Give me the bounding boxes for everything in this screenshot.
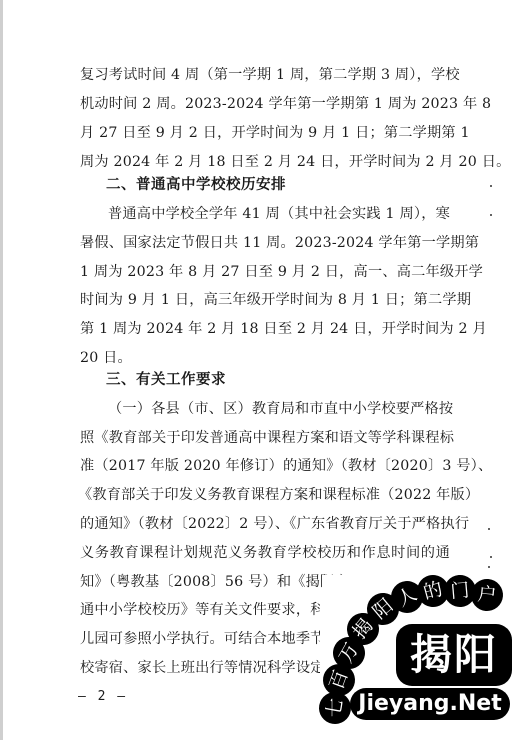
paragraph-line: 义务教育课程计划规范义务教育学校校历和作息时间的通 [80,543,450,563]
paragraph-line: 1 周为 2023 年 8 月 27 日至 9 月 2 日，高一、高二年级开学 [80,262,450,282]
paragraph-line: 周为 2024 年 2 月 18 日至 2 月 24 日，开学时间为 2 月 2… [80,152,450,172]
section-heading-3: 三、有关工作要求 [106,370,226,390]
paragraph-line: 准（2017 年版 2020 年修订）的通知》（教材〔2020〕3 号）、 [80,456,450,476]
paragraph-line: 暑假、国家法定节假日共 11 周。2023-2024 学年第一学期第 [80,233,450,253]
paragraph-line: （一）各县（市、区）教育局和市直中小学校要严格按 [108,399,450,419]
scan-speck [488,566,490,568]
paragraph-line: 的通知》（教材〔2022〕2 号）、《广东省教育厅关于严格执行 [80,514,450,534]
paragraph-line: 机动时间 2 周。2023-2024 学年第一学期第 1 周为 2023 年 8 [80,94,450,114]
paragraph-line: 复习考试时间 4 周（第一学期 1 周，第二学期 3 周），学校 [80,65,450,85]
paragraph-line: 照《教育部关于印发普通高中课程方案和语文等学科课程标 [80,428,450,448]
paragraph-line: 通中小学校校历》等有关文件要求，科 [80,600,320,620]
paragraph-line: 20 日。 [80,348,450,368]
paragraph-line: 《教育部关于印发义务教育课程方案和课程标准（2022 年版） [78,485,456,505]
paragraph-line: 时间为 9 月 1 日，高三年级开学时间为 8 月 1 日；第二学期 [80,290,450,310]
document-page: 复习考试时间 4 周（第一学期 1 周，第二学期 3 周），学校 机动时间 2 … [0,0,529,740]
page-number: — 2 — [78,689,127,704]
paragraph-line: 普通高中学校全学年 41 周（其中社会实践 1 周），寒 [108,204,450,224]
paragraph-line: 知》（粤教基〔2008〕56 号）和《揭阳市 2023-2024 学年普 [80,572,450,592]
scan-speck [490,556,492,558]
paragraph-line: 月 27 日至 9 月 2 日，开学时间为 9 月 1 日；第二学期第 1 [80,123,450,143]
scan-speck [490,185,492,187]
scan-speck [488,528,490,530]
paragraph-line: 校寄宿、家长上班出行等情况科学设定 [80,658,320,678]
paragraph-line: 第 1 周为 2024 年 2 月 18 日至 2 月 24 日，开学时间为 2… [80,319,450,339]
scan-speck [490,214,492,216]
paragraph-line: 儿园可参照小学执行。可结合本地季节 [80,629,320,649]
section-heading-2: 二、普通高中学校校历安排 [106,175,286,195]
